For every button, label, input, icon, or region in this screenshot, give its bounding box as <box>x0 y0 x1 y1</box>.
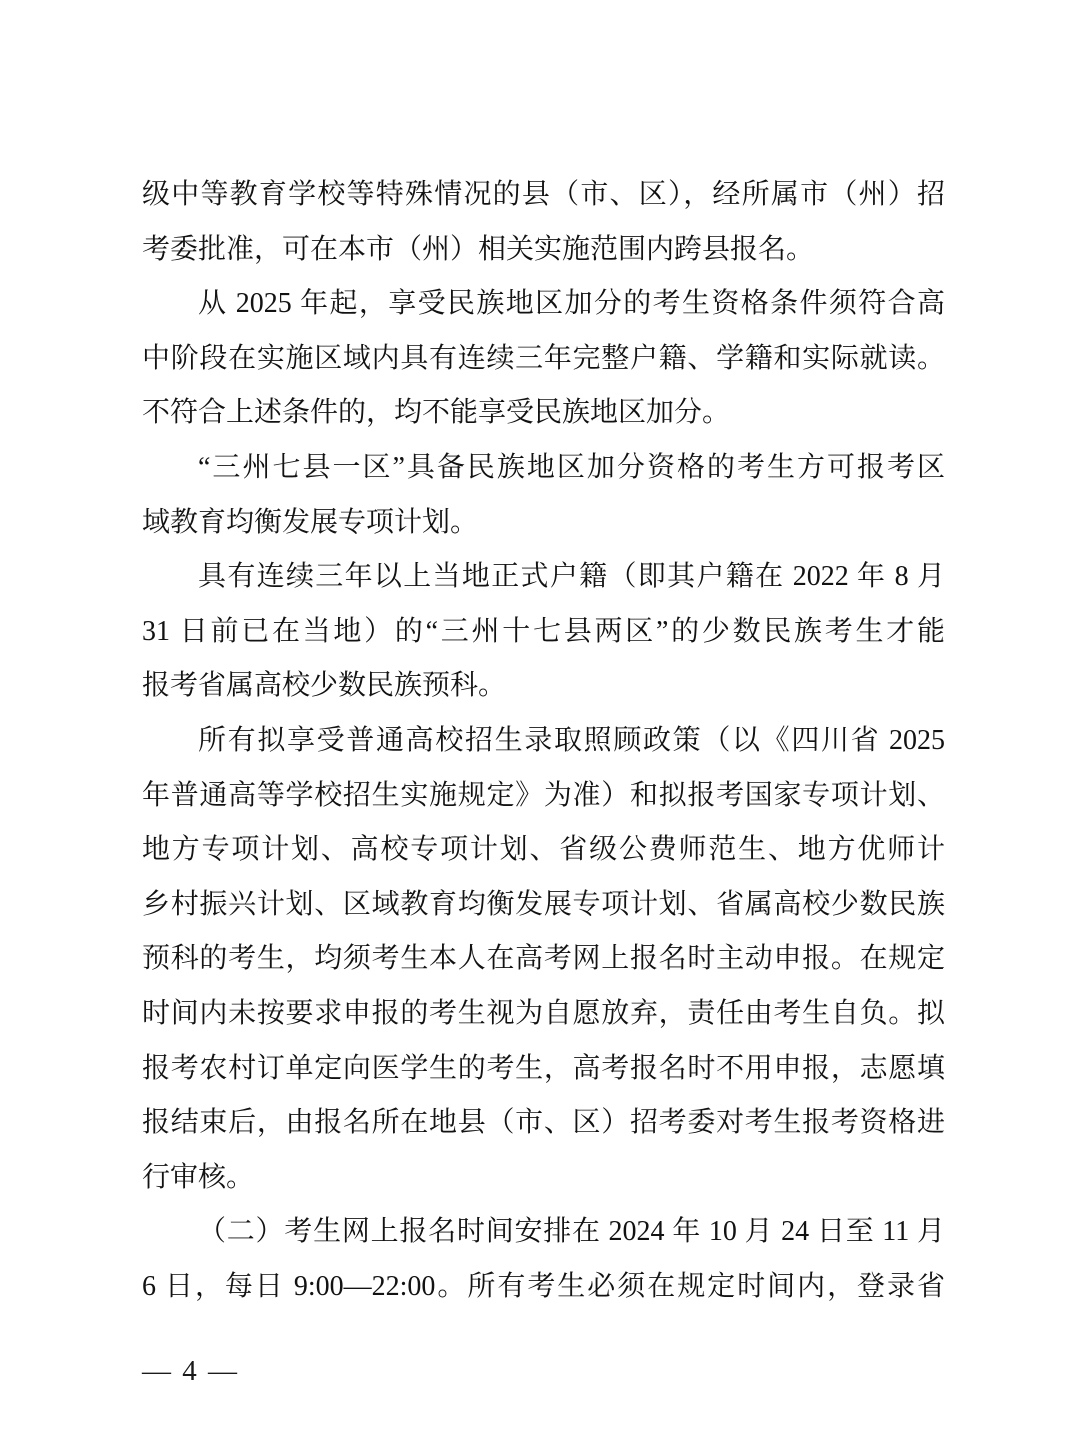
text-line: 中阶段在实施区域内具有连续三年完整户籍、学籍和实际就读。 <box>142 332 945 387</box>
text-line: 报考农村订单定向医学生的考生，高考报名时不用申报，志愿填 <box>142 1042 945 1097</box>
text-line: 地方专项计划、高校专项计划、省级公费师范生、地方优师计划、 <box>142 823 945 878</box>
text-line: 报考省属高校少数民族预科。 <box>142 659 945 714</box>
text-line: 乡村振兴计划、区域教育均衡发展专项计划、省属高校少数民族 <box>142 878 945 933</box>
text-line: 不符合上述条件的，均不能享受民族地区加分。 <box>142 386 945 441</box>
text-line: 具有连续三年以上当地正式户籍（即其户籍在 2022 年 8 月 <box>142 550 945 605</box>
text-line: 时间内未按要求申报的考生视为自愿放弃，责任由考生自负。拟 <box>142 987 945 1042</box>
text-line: 预科的考生，均须考生本人在高考网上报名时主动申报。在规定 <box>142 932 945 987</box>
text-line: 31 日前已在当地）的“三州十七县两区”的少数民族考生才能 <box>142 605 945 660</box>
text-line: 所有拟享受普通高校招生录取照顾政策（以《四川省 2025 <box>142 714 945 769</box>
text-line: 6 日，每日 9:00—22:00。所有考生必须在规定时间内，登录省 <box>142 1260 945 1315</box>
text-line: 行审核。 <box>142 1151 945 1206</box>
text-line: （二）考生网上报名时间安排在 2024 年 10 月 24 日至 11 月 <box>142 1205 945 1260</box>
text-line: 考委批准，可在本市（州）相关实施范围内跨县报名。 <box>142 223 945 278</box>
text-line: 级中等教育学校等特殊情况的县（市、区），经所属市（州）招 <box>142 168 945 223</box>
text-line: 年普通高等学校招生实施规定》为准）和拟报考国家专项计划、 <box>142 769 945 824</box>
text-line: 从 2025 年起，享受民族地区加分的考生资格条件须符合高 <box>142 277 945 332</box>
text-line: 域教育均衡发展专项计划。 <box>142 496 945 551</box>
document-page: 级中等教育学校等特殊情况的县（市、区），经所属市（州）招 考委批准，可在本市（州… <box>0 0 1080 1439</box>
text-line: 报结束后，由报名所在地县（市、区）招考委对考生报考资格进 <box>142 1096 945 1151</box>
text-line: “三州七县一区”具备民族地区加分资格的考生方可报考区 <box>142 441 945 496</box>
page-number: — 4 — <box>142 1350 239 1392</box>
document-body: 级中等教育学校等特殊情况的县（市、区），经所属市（州）招 考委批准，可在本市（州… <box>142 168 945 1314</box>
